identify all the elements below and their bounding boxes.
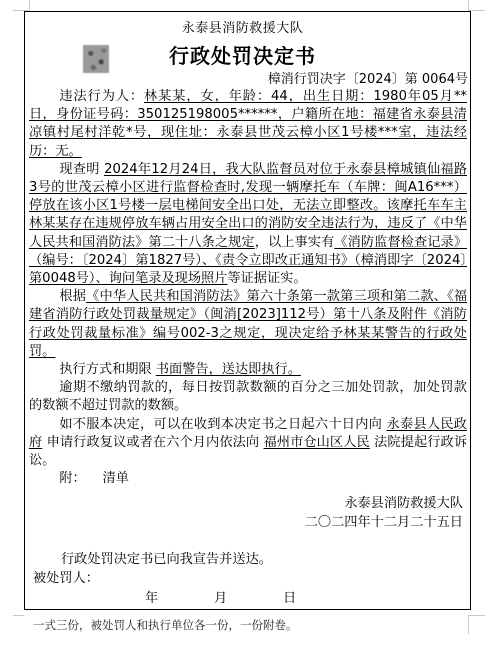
appeal-paragraph: 如不服本决定，可以在收到本决定书之日起六十日内向 永泰县人民政府 申请行政复议或… [29,416,467,471]
penalized-party-label: 被处罚人： [33,567,99,586]
party-label: 违法行为人： [59,89,144,104]
execution-paragraph: 执行方式和期限 书面警告，送达即执行。 [29,361,467,379]
crop-mark [29,0,30,11]
basis-text: 《中华人民共和国消防法》第六十条第一款第三项和第二款、《福建省消防行政处罚裁量规… [29,289,467,359]
facts-paragraph: 现查明 2024年12月24日，我大队监督员对位于永泰县樟城镇仙福路3号的世茂云… [29,161,467,288]
acknowledgement-statement: 行政处罚决定书已向我宣告并送达。 [61,548,272,567]
appeal-text: 申请行政复议或者在六个月内依法向 [47,435,260,450]
crop-mark [468,616,469,634]
attachment-line: 附： 清单 [29,470,467,488]
facts-label: 现查明 [59,162,99,177]
facts-connector: ，以上事实有 [255,235,335,250]
appeal-text: 如不服本决定，可以在收到本决定书之日起六十日内向 [59,417,382,432]
ack-day-label: 日 [283,587,296,606]
overdue-paragraph: 逾期不缴纳罚款的，每日按罚款数额的百分之三加处罚款，加处罚款的数额不超过罚款的数… [29,379,467,415]
ack-year-label: 年 [145,587,158,606]
facts-evidence-suffix: 等证据证实。 [227,271,306,286]
party-paragraph: 违法行为人：林某某，女，年龄：44，出生日期：1980年05月**日，身份证号码… [29,88,467,161]
issuing-organization: 永泰县消防救援大队 [0,17,485,36]
crop-mark [13,615,24,616]
attachment-value: 清单 [103,471,129,486]
appeal-court: 福州市仓山区人民 [264,435,370,450]
basis-paragraph: 根据《中华人民共和国消防法》第六十条第一款第三项和第二款、《福建省消防行政处罚裁… [29,288,467,361]
document-body: 违法行为人：林某某，女，年龄：44，出生日期：1980年05月**日，身份证号码… [29,88,467,488]
signature-organization: 永泰县消防救援大队 [344,492,463,511]
attachment-label: 附： [59,471,85,486]
execution-label: 执行方式和期限 [59,362,151,377]
crop-mark [468,615,485,616]
document-title: 行政处罚决定书 [0,40,485,69]
signature-date: 二〇二四年十二月二十五日 [305,511,463,530]
crop-mark [469,10,485,11]
execution-value: 书面警告，送达即执行。 [156,362,301,377]
footnote: 一式三份，被处罚人和执行单位各一份，一份附卷。 [33,617,298,633]
ack-month-label: 月 [214,587,227,606]
basis-prefix: 根据 [59,289,86,304]
document-number: 樟消行罚决字〔2024〕第 0064号 [268,68,468,87]
